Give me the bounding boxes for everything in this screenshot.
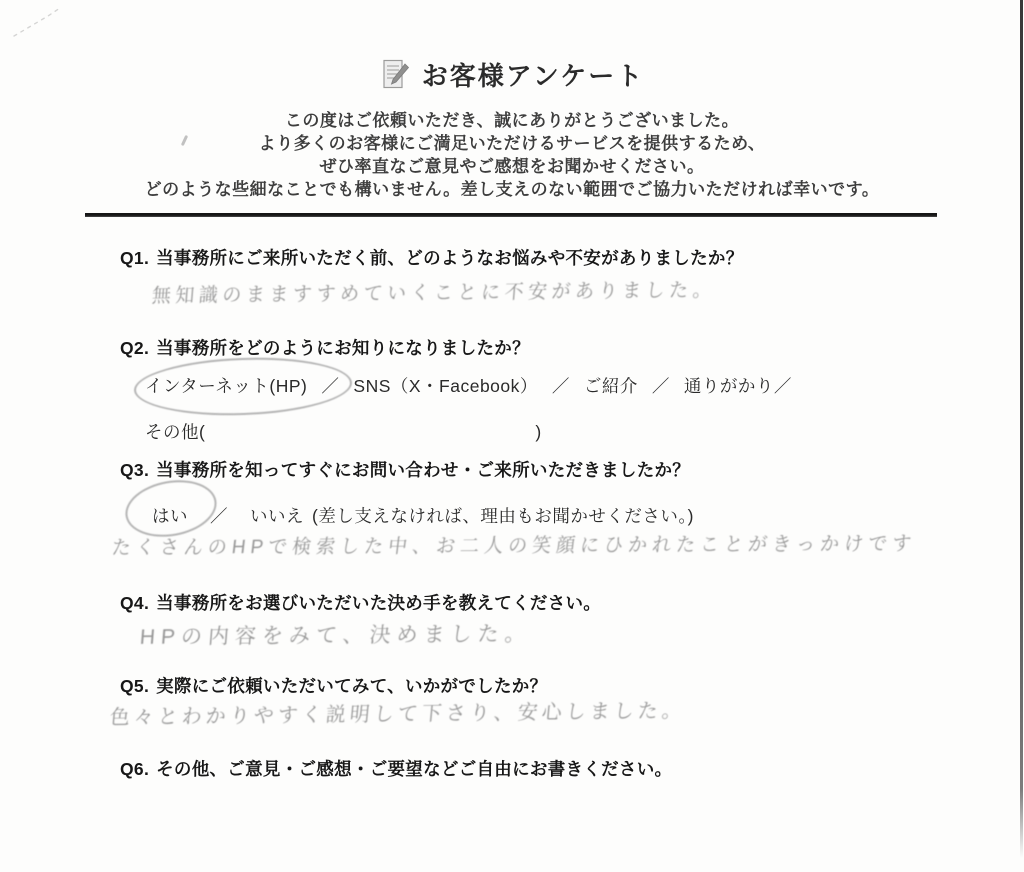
question-q1: Q1.当事務所にご来所いただく前、どのようなお悩みや不安がありましたか？ [120, 245, 744, 270]
option-separator: ／ [652, 376, 670, 396]
header: お客様アンケート [0, 56, 1024, 93]
option-no: いいえ [250, 506, 304, 526]
scan-artifact-mark [8, 4, 128, 44]
intro-line: この度はご依頼いただき、誠にありがとうございました。 [0, 109, 1024, 132]
page-title: お客様アンケート [422, 56, 644, 93]
question-q3: Q3.当事務所を知ってすぐにお問い合わせ・ご来所いただきましたか？ [120, 457, 690, 482]
option-yes: はい [152, 506, 188, 526]
option-separator: ／ [210, 506, 228, 526]
question-q6: Q6.その他、ご意見・ご感想・ご要望などご自由にお書きください。 [120, 756, 672, 781]
option-internet: インターネット(HP) [145, 376, 307, 396]
question-q4: Q4.当事務所をお選びいただいた決め手を教えてください。 [120, 590, 601, 615]
handwritten-answer-q3: たくさんのHPで検索した中、お二人の笑顔にひかれたことがきっかけです [110, 529, 918, 560]
option-other-close-paren: ) [535, 422, 541, 442]
option-separator: ／ [774, 376, 792, 396]
q3-options-row: はい／いいえ(差し支えなければ、理由もお聞かせください。) [152, 503, 694, 528]
intro-line: どのような些細なことでも構いません。差し支えのない範囲でご協力いただければ幸いで… [0, 178, 1024, 201]
question-number: Q2. [120, 338, 149, 358]
question-number: Q3. [120, 460, 149, 480]
question-number: Q4. [120, 593, 149, 613]
q3-note: (差し支えなければ、理由もお聞かせください。) [312, 506, 694, 526]
intro-line: ぜひ率直なご意見やご感想をお聞かせください。 [0, 155, 1024, 178]
handwritten-answer-q4: HPの内容をみて、決めました。 [139, 618, 533, 651]
section-divider [85, 213, 937, 217]
question-text: 当事務所を知ってすぐにお問い合わせ・ご来所いただきましたか？ [156, 460, 690, 480]
q2-other-row: その他() [145, 419, 542, 444]
option-other-label: その他( [145, 422, 205, 442]
question-text: 当事務所にご来所いただく前、どのようなお悩みや不安がありましたか？ [156, 248, 743, 268]
question-number: Q1. [120, 248, 149, 268]
question-text: その他、ご意見・ご感想・ご要望などご自由にお書きください。 [156, 759, 672, 779]
question-text: 当事務所をお選びいただいた決め手を教えてください。 [156, 593, 601, 613]
question-text: 実際にご依頼いただいてみて、いかがでしたか？ [156, 676, 547, 696]
option-passing-by: 通りがかり [684, 376, 774, 396]
question-text: 当事務所をどのようにお知りになりましたか？ [156, 338, 530, 358]
question-q5: Q5.実際にご依頼いただいてみて、いかがでしたか？ [120, 673, 547, 698]
option-sns: SNS（X・Facebook） [353, 376, 538, 396]
survey-scan-page: お客様アンケート この度はご依頼いただき、誠にありがとうございました。 より多く… [0, 0, 1024, 872]
memo-pencil-icon [380, 58, 410, 91]
question-number: Q5. [120, 676, 149, 696]
intro-text: この度はご依頼いただき、誠にありがとうございました。 より多くのお客様にご満足い… [0, 109, 1024, 201]
option-separator: ／ [552, 376, 570, 396]
question-q2: Q2.当事務所をどのようにお知りになりましたか？ [120, 335, 530, 360]
option-separator: ／ [321, 376, 339, 396]
intro-line: より多くのお客様にご満足いただけるサービスを提供するため、 [0, 132, 1024, 155]
handwritten-answer-q1: 無知識のまますすめていくことに不安がありました。 [151, 275, 717, 308]
question-number: Q6. [120, 759, 149, 779]
option-referral: ご紹介 [584, 376, 638, 396]
q2-options-row: インターネット(HP)／SNS（X・Facebook）／ご紹介／通りがかり／ [145, 373, 792, 398]
handwritten-answer-q5: 色々とわかりやすく説明して下さり、安心しました。 [109, 694, 688, 730]
